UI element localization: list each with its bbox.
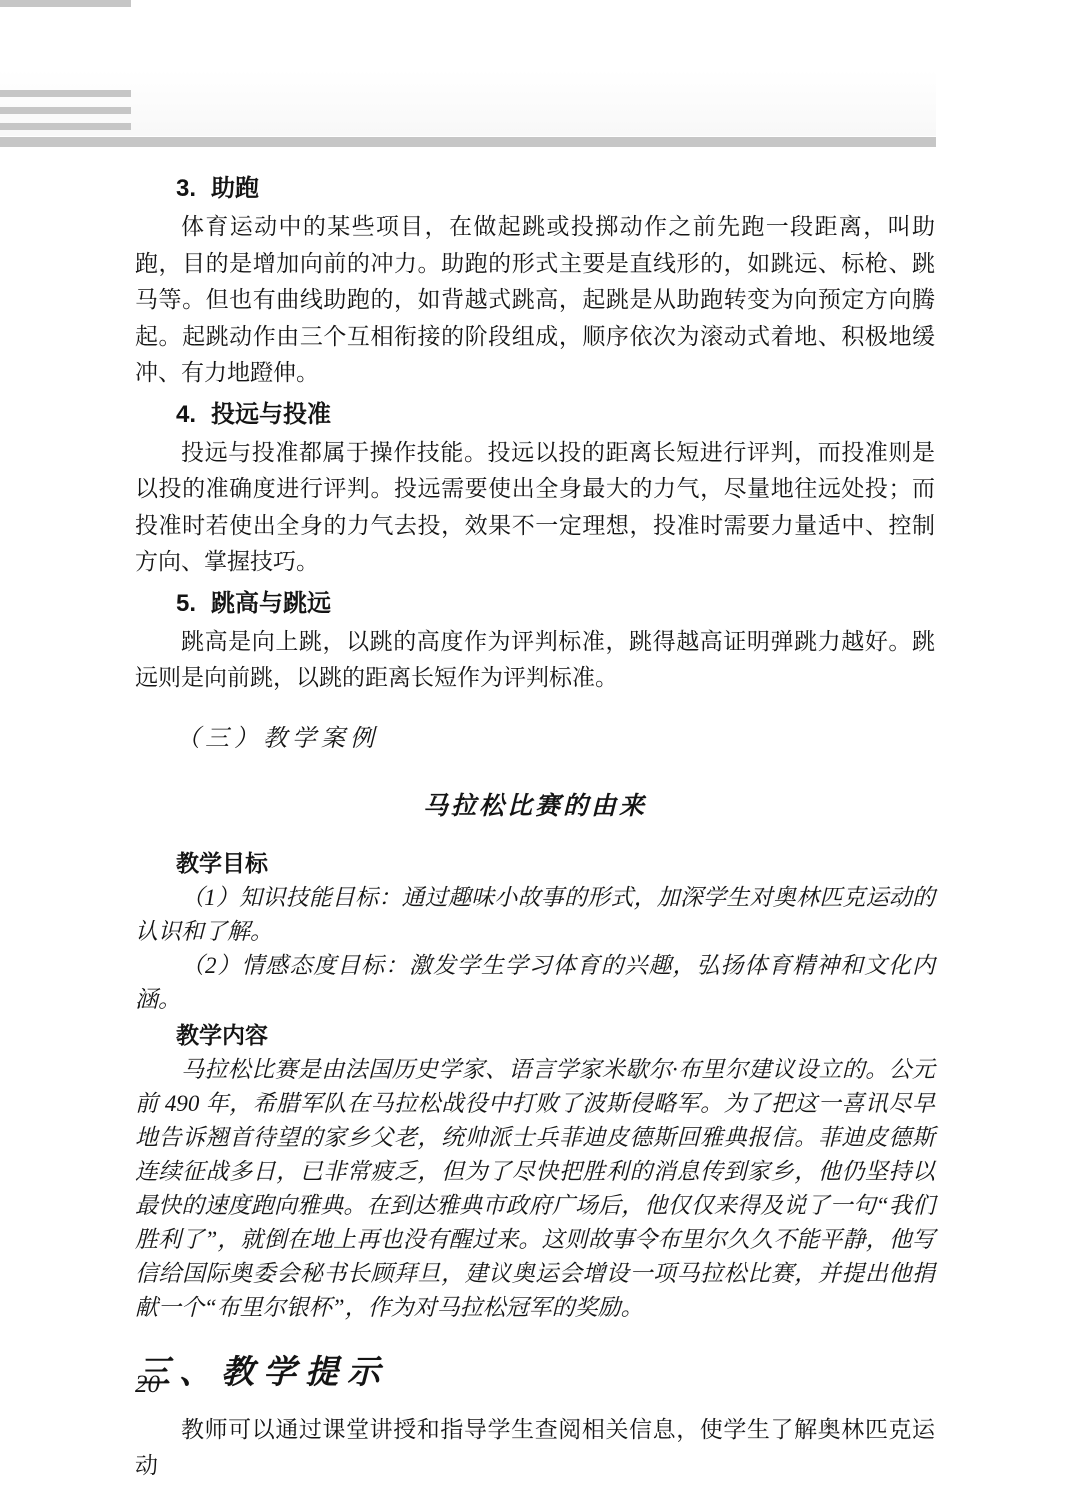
teaching-content-heading: 教学内容 [135,1018,935,1052]
subsection-4-number: 4. [176,400,196,430]
section-three-heading: 三、教学提示 [135,1352,935,1394]
header-wide-bar [0,137,936,147]
teaching-goal-1: （1）知识技能目标：通过趣味小故事的形式，加深学生对奥林匹克运动的认识和了解。 [135,881,935,949]
subsection-3-heading: 3. 助跑 [135,174,935,204]
subsection-3-title: 助跑 [211,174,259,204]
case-section-label: （三）教学案例 [135,724,935,754]
teaching-goal-2: （2）情感态度目标：激发学生学习体育的兴趣，弘扬体育精神和文化内涵。 [135,949,935,1017]
header-stripe-1 [0,90,131,97]
subsection-5-heading: 5. 跳高与跳远 [135,589,935,619]
header-stripe-2 [0,107,131,114]
section-three-body: 教师可以通过课堂讲授和指导学生查阅相关信息，使学生了解奥林匹克运动 [135,1412,935,1485]
subsection-3-number: 3. [176,174,196,204]
header-stripe-3 [0,123,131,130]
header-stripe-4 [0,0,131,7]
subsection-4-heading: 4. 投远与投准 [135,400,935,430]
subsection-5-title: 跳高与跳远 [211,589,331,619]
page-content: 3. 助跑 体育运动中的某些项目，在做起跳或投掷动作之前先跑一段距离，叫助跑，目… [135,166,935,1485]
teaching-content-body: 马拉松比赛是由法国历史学家、语言学家米歇尔·布里尔建议设立的。公元前 490 年… [135,1053,935,1325]
subsection-3-body: 体育运动中的某些项目，在做起跳或投掷动作之前先跑一段距离，叫助跑，目的是增加向前… [135,209,935,392]
subsection-4-title: 投远与投准 [211,400,331,430]
header-decor-panel [0,70,936,136]
book-page: 3. 助跑 体育运动中的某些项目，在做起跳或投掷动作之前先跑一段距离，叫助跑，目… [0,0,1065,1507]
teaching-goals-heading: 教学目标 [135,846,935,880]
subsection-5-body: 跳高是向上跳，以跳的高度作为评判标准，跳得越高证明弹跳力越好。跳远则是向前跳，以… [135,624,935,697]
subsection-4-body: 投远与投准都属于操作技能。投远以投的距离长短进行评判，而投准则是以投的准确度进行… [135,435,935,581]
page-number: 20 [135,1370,160,1400]
case-title: 马拉松比赛的由来 [135,792,935,822]
subsection-5-number: 5. [176,589,196,619]
